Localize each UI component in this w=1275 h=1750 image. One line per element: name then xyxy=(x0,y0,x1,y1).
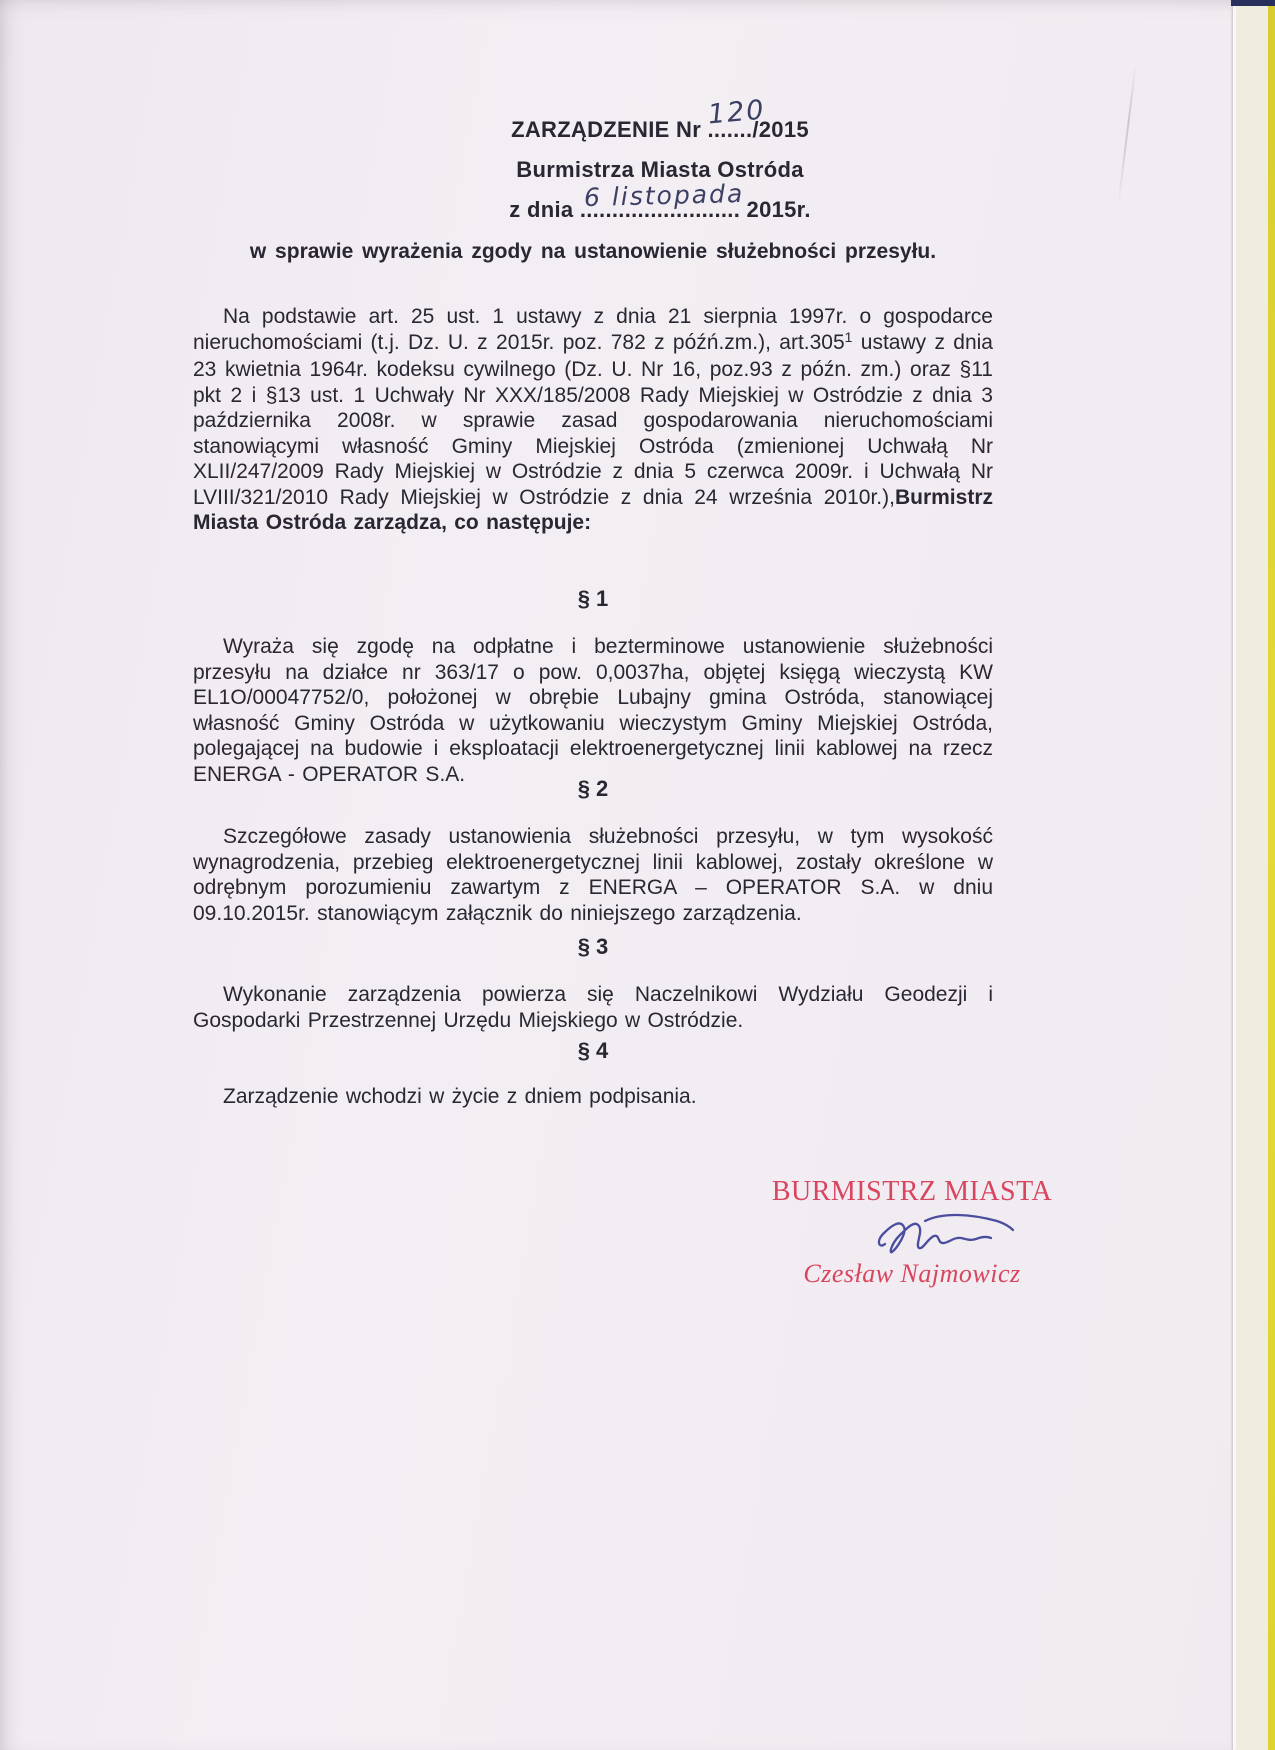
section-4-heading: § 4 xyxy=(193,1038,993,1064)
section-3-paragraph: Wykonanie zarządzenia powierza się Nacze… xyxy=(193,982,993,1033)
preamble-part2: ustawy z dnia 23 kwietnia 1964r. kodeksu… xyxy=(193,331,993,509)
date-prefix: z dnia xyxy=(509,197,580,222)
scan-edge-navy-corner xyxy=(1231,0,1275,6)
ordinance-number-dotted-field: .......120 xyxy=(707,110,752,150)
handwritten-ordinance-number: 120 xyxy=(707,91,768,136)
scanned-ordinance-page: ZARZĄDZENIE Nr .......120/2015 Burmistrz… xyxy=(0,0,1275,1750)
superscript-1: 1 xyxy=(845,329,853,345)
date-year-text: 2015r. xyxy=(740,197,811,222)
date-dotted-field: .........................6 listopada xyxy=(580,190,740,230)
handwritten-date: 6 listopada xyxy=(583,174,744,218)
scan-scratch-mark xyxy=(1117,62,1137,206)
section-2-paragraph: Szczegółowe zasady ustanowienia służebno… xyxy=(193,824,993,926)
section-2-heading: § 2 xyxy=(193,776,993,802)
ordinance-title-text: ZARZĄDZENIE Nr xyxy=(511,117,707,142)
section-1-paragraph: Wyraża się zgodę na odpłatne i beztermin… xyxy=(193,634,993,787)
section-4-paragraph: Zarządzenie wchodzi w życie z dniem podp… xyxy=(193,1084,993,1110)
mayor-stamp-title: BURMISTRZ MIASTA xyxy=(762,1176,1062,1208)
scan-background-strip xyxy=(1236,0,1269,1750)
mayor-stamp-name: Czesław Najmowicz xyxy=(762,1259,1062,1289)
section-3-heading: § 3 xyxy=(193,934,993,960)
signature-block: BURMISTRZ MIASTA Czesław Najmowicz xyxy=(762,1176,1062,1289)
handwritten-signature-ink xyxy=(873,1208,1023,1258)
date-line: z dnia .........................6 listop… xyxy=(350,190,970,230)
ordinance-number-line: ZARZĄDZENIE Nr .......120/2015 xyxy=(350,110,970,150)
preamble-paragraph: Na podstawie art. 25 ust. 1 ustawy z dni… xyxy=(193,304,993,536)
scan-edge-yellow-strip xyxy=(1268,0,1275,1750)
section-1-heading: § 1 xyxy=(193,586,993,612)
subject-line: w sprawie wyrażenia zgody na ustanowieni… xyxy=(193,240,993,264)
ordinance-title-block: ZARZĄDZENIE Nr .......120/2015 Burmistrz… xyxy=(350,110,970,230)
